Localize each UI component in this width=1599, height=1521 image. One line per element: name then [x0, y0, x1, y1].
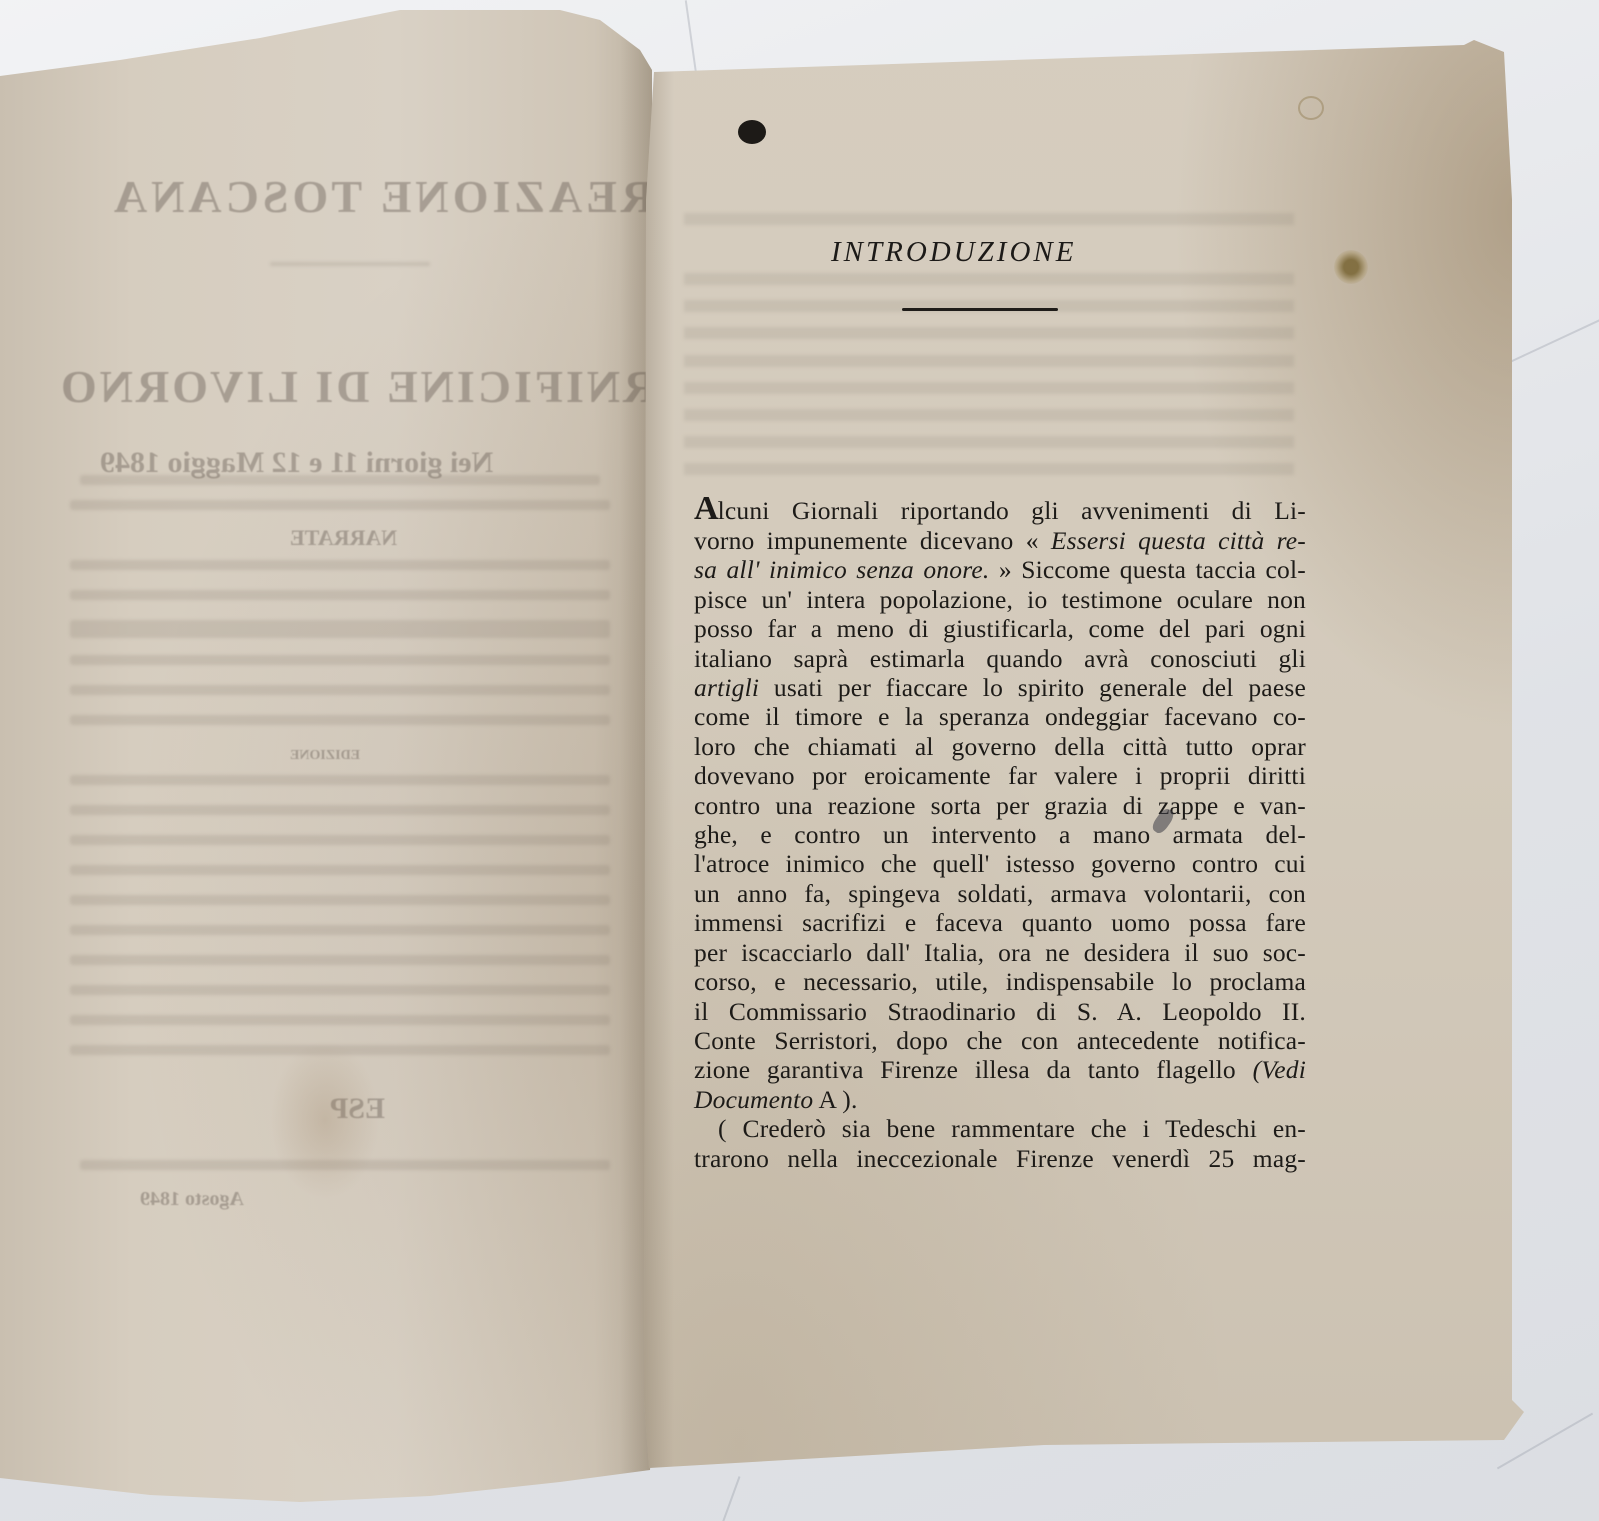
- bleed-rule: [270, 262, 430, 266]
- paragraph-1: Alcuni Giornali riportando gli avvenimen…: [694, 492, 1306, 1114]
- foxing-ring: [1298, 96, 1324, 120]
- worm-hole: [738, 120, 766, 144]
- bleed-text-line: [70, 655, 610, 665]
- bleed-through-title-line: Agosto 1849: [140, 1188, 244, 1211]
- bleed-text-line: [70, 805, 610, 815]
- text-line: l'atroce inimico che quell' istesso gove…: [694, 849, 1306, 878]
- bleed-text-line: [70, 590, 610, 600]
- text-line: ghe, e contro un intervento a mano armat…: [694, 820, 1306, 849]
- bleed-through-title-line: NARRATE: [290, 525, 397, 551]
- tile-seam: [1505, 317, 1599, 365]
- show-through-line: [684, 382, 1294, 394]
- bleed-text-line: [80, 475, 600, 485]
- bleed-text-line: [70, 865, 610, 875]
- text-line: per iscacciarlo dall' Italia, ora ne des…: [694, 938, 1306, 967]
- page-title: INTRODUZIONE: [831, 236, 1076, 269]
- tile-seam: [722, 1476, 741, 1521]
- show-through-line: [684, 213, 1294, 225]
- bleed-text-line: [70, 620, 610, 638]
- left-page: LA REAZIONE TOSCANA LE CARNIFICINE DI LI…: [0, 0, 660, 1521]
- body-text: Alcuni Giornali riportando gli avvenimen…: [694, 492, 1306, 1173]
- bleed-text-line: [70, 955, 610, 965]
- bleed-text-line: [70, 775, 610, 785]
- show-through-line: [684, 463, 1294, 475]
- bleed-text-line: [70, 1015, 610, 1025]
- show-through-line: [684, 327, 1294, 339]
- foxing-stain: [270, 1040, 380, 1200]
- text-line: posso far a meno di giustificarla, come …: [694, 614, 1306, 643]
- text-line: un anno fa, spingeva soldati, armava vol…: [694, 879, 1306, 908]
- text-line: loro che chiamati al governo della città…: [694, 732, 1306, 761]
- text-line: Conte Serristori, dopo che con anteceden…: [694, 1026, 1306, 1055]
- text-line: sa all' inimico senza onore. » Siccome q…: [694, 555, 1306, 584]
- show-through-line: [684, 409, 1294, 421]
- text-line: come il timore e la speranza ondeggiar f…: [694, 702, 1306, 731]
- text-line: pisce un' intera popolazione, io testimo…: [694, 585, 1306, 614]
- title-rule: [902, 308, 1058, 311]
- text-line: contro una reazione sorta per grazia di …: [694, 791, 1306, 820]
- text-line: trarono nella ineccezionale Firenze vene…: [694, 1144, 1306, 1173]
- text-line: zione garantiva Firenze illesa da tanto …: [694, 1055, 1306, 1084]
- text-line: italiano saprà estimarla quando avrà con…: [694, 644, 1306, 673]
- bleed-text-line: [70, 500, 610, 510]
- bleed-text-line: [70, 985, 610, 995]
- bleed-text-line: [70, 560, 610, 570]
- bleed-text-line: [70, 925, 610, 935]
- tile-seam: [685, 0, 697, 75]
- text-line: vorno impunemente dicevano « Essersi que…: [694, 526, 1306, 555]
- bleed-text-line: [70, 685, 610, 695]
- text-line: Alcuni Giornali riportando gli avvenimen…: [694, 492, 1306, 526]
- text-line: corso, e necessario, utile, indispensabi…: [694, 967, 1306, 996]
- text-line: il Commissario Straodinario di S. A. Leo…: [694, 997, 1306, 1026]
- right-page: INTRODUZIONE Alcuni Giornali riportando …: [644, 0, 1599, 1521]
- foxing-stain: [1334, 250, 1368, 284]
- show-through-line: [684, 355, 1294, 367]
- text-line: Documento A ).: [694, 1085, 1306, 1114]
- paragraph-2: ( Crederò sia bene rammentare che i Tede…: [694, 1114, 1306, 1173]
- text-line: immensi sacrifizi e faceva quanto uomo p…: [694, 908, 1306, 937]
- show-through-line: [684, 436, 1294, 448]
- bleed-through-title-line: LA REAZIONE TOSCANA: [110, 170, 739, 223]
- drop-cap: A: [694, 490, 718, 527]
- bleed-through-title-line: EDIZIONE: [290, 748, 360, 764]
- bleed-text-line: [70, 835, 610, 845]
- text-line: dovevano por eroicamente far valere i pr…: [694, 761, 1306, 790]
- show-through-line: [684, 273, 1294, 285]
- bleed-text-line: [70, 715, 610, 725]
- text-line: ( Crederò sia bene rammentare che i Tede…: [694, 1114, 1306, 1143]
- bleed-text-line: [70, 895, 610, 905]
- text-line: artigli usati per fiaccare lo spirito ge…: [694, 673, 1306, 702]
